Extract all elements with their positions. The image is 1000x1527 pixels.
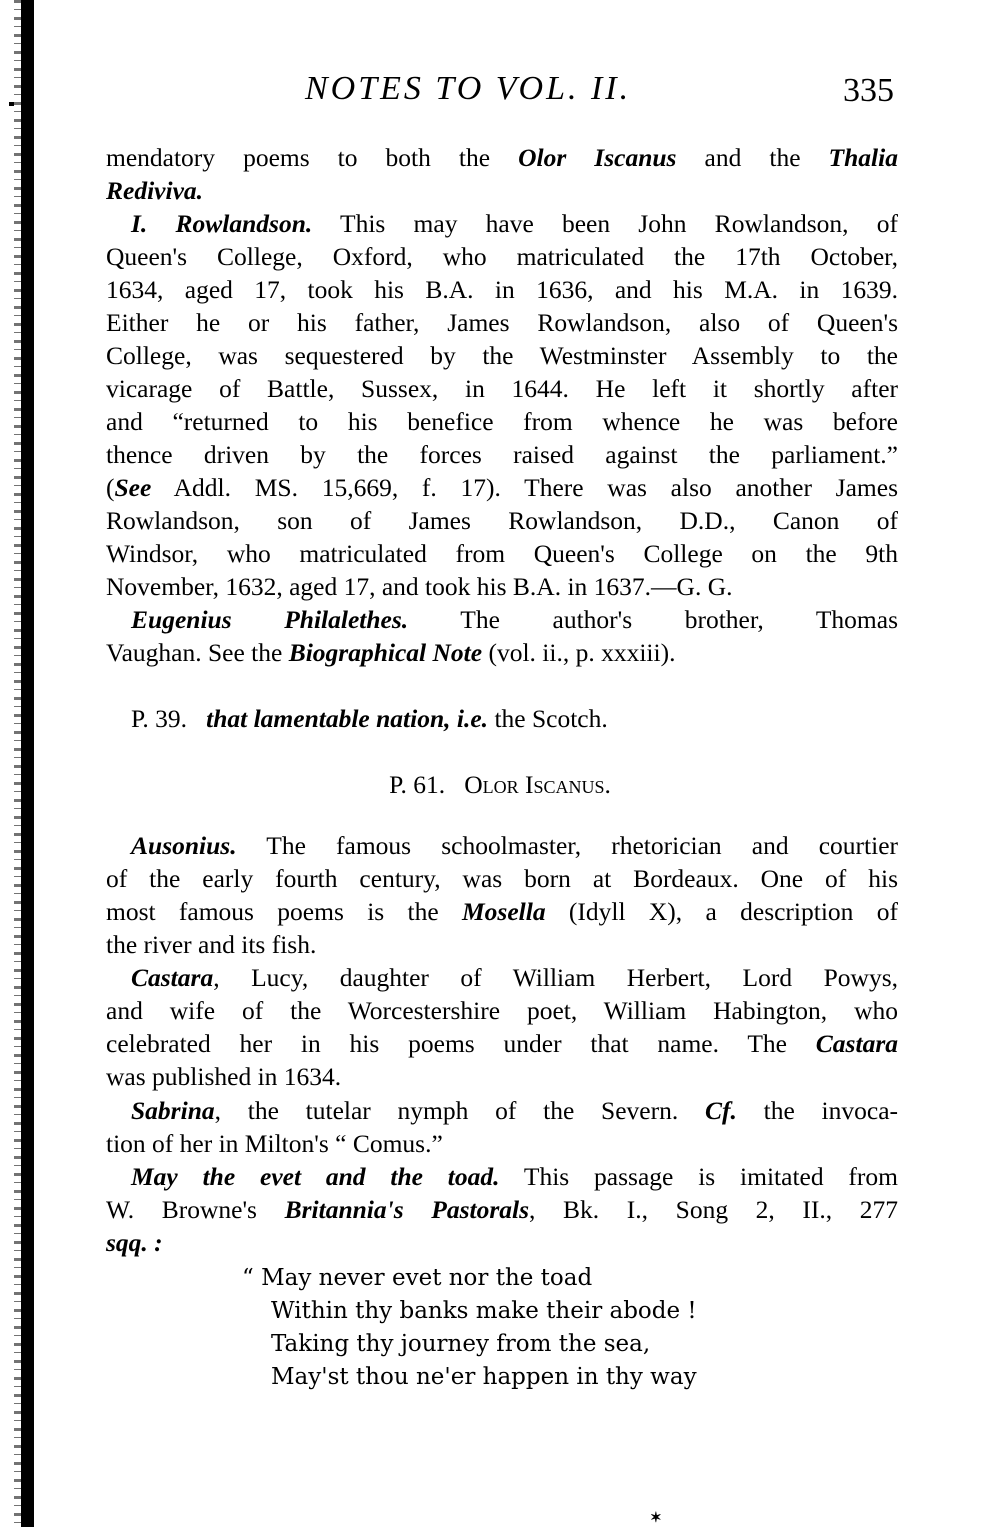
- text-line: W. Browne's Britannia's Pastorals, Bk. I…: [106, 1195, 898, 1225]
- note-rowlandson: I. Rowlandson. This may have been John R…: [131, 209, 898, 239]
- text-line: most famous poems is the Mosella (Idyll …: [106, 897, 898, 927]
- note-lemma: Sabrina: [131, 1096, 215, 1125]
- note-castara: Castara, Lucy, daughter of William Herbe…: [131, 963, 898, 993]
- binding-strip: [21, 0, 34, 1527]
- text-line: College, was sequestered by the Westmins…: [106, 341, 898, 371]
- note-sabrina: Sabrina, the tutelar nymph of the Severn…: [131, 1096, 898, 1126]
- text-line: vicarage of Battle, Sussex, in 1644. He …: [106, 374, 898, 404]
- note-evet: May the evet and the toad. This passage …: [131, 1162, 898, 1192]
- note-lemma: May the evet and the toad.: [131, 1162, 500, 1191]
- poem-line: Within thy banks make their abode !: [242, 1295, 697, 1328]
- text-line: the river and its fish.: [106, 930, 898, 960]
- signature-mark-icon: ✶: [650, 1510, 662, 1526]
- text-line: Either he or his father, James Rowlandso…: [106, 308, 898, 338]
- poem-line: May'st thou ne'er happen in thy way: [242, 1361, 697, 1394]
- poem-line: Taking thy journey from the sea,: [242, 1328, 697, 1361]
- scan-speck: [9, 102, 14, 106]
- note-eugenius: Eugenius Philalethes. The author's broth…: [131, 605, 898, 635]
- text-line: Queen's College, Oxford, who matriculate…: [106, 242, 898, 272]
- page-number: 335: [843, 72, 894, 110]
- note-p39: P. 39. that lamentable nation, i.e. the …: [131, 704, 898, 734]
- poem-line: “ May never evet nor the toad: [242, 1262, 697, 1295]
- text-line: Rowlandson, son of James Rowlandson, D.D…: [106, 506, 898, 536]
- text-line: celebrated her in his poems under that n…: [106, 1029, 898, 1059]
- page-reference: P. 39.: [131, 704, 187, 733]
- text-line: November, 1632, aged 17, and took his B.…: [106, 572, 898, 602]
- text-line: sqq. :: [106, 1228, 898, 1258]
- note-lemma: Castara: [131, 963, 213, 992]
- text-line: was published in 1634.: [106, 1062, 898, 1092]
- note-lemma: I. Rowlandson.: [131, 209, 312, 238]
- text-line: and “returned to his benefice from whenc…: [106, 407, 898, 437]
- text-line: Windsor, who matriculated from Queen's C…: [106, 539, 898, 569]
- running-title: NOTES TO VOL. II.: [305, 70, 631, 108]
- text-line: thence driven by the forces raised again…: [106, 440, 898, 470]
- text-line: and wife of the Worcestershire poet, Wil…: [106, 996, 898, 1026]
- text-line: mendatory poems to both the Olor Iscanus…: [106, 143, 898, 173]
- note-lemma: Eugenius Philalethes.: [131, 605, 408, 634]
- note-lemma: Ausonius.: [131, 831, 237, 860]
- text-line: 1634, aged 17, took his B.A. in 1636, an…: [106, 275, 898, 305]
- text-line: (See Addl. MS. 15,669, f. 17). There was…: [106, 473, 898, 503]
- text-line: tion of her in Milton's “ Comus.”: [106, 1129, 898, 1159]
- text-line: Rediviva.: [106, 176, 898, 206]
- note-ausonius: Ausonius. The famous schoolmaster, rheto…: [131, 831, 898, 861]
- section-heading-p61: P. 61. Olor Iscanus.: [0, 770, 1000, 800]
- poem-quotation: “ May never evet nor the toad Within thy…: [242, 1262, 697, 1394]
- text-line: Vaughan. See the Biographical Note (vol.…: [106, 638, 898, 668]
- text-line: of the early fourth century, was born at…: [106, 864, 898, 894]
